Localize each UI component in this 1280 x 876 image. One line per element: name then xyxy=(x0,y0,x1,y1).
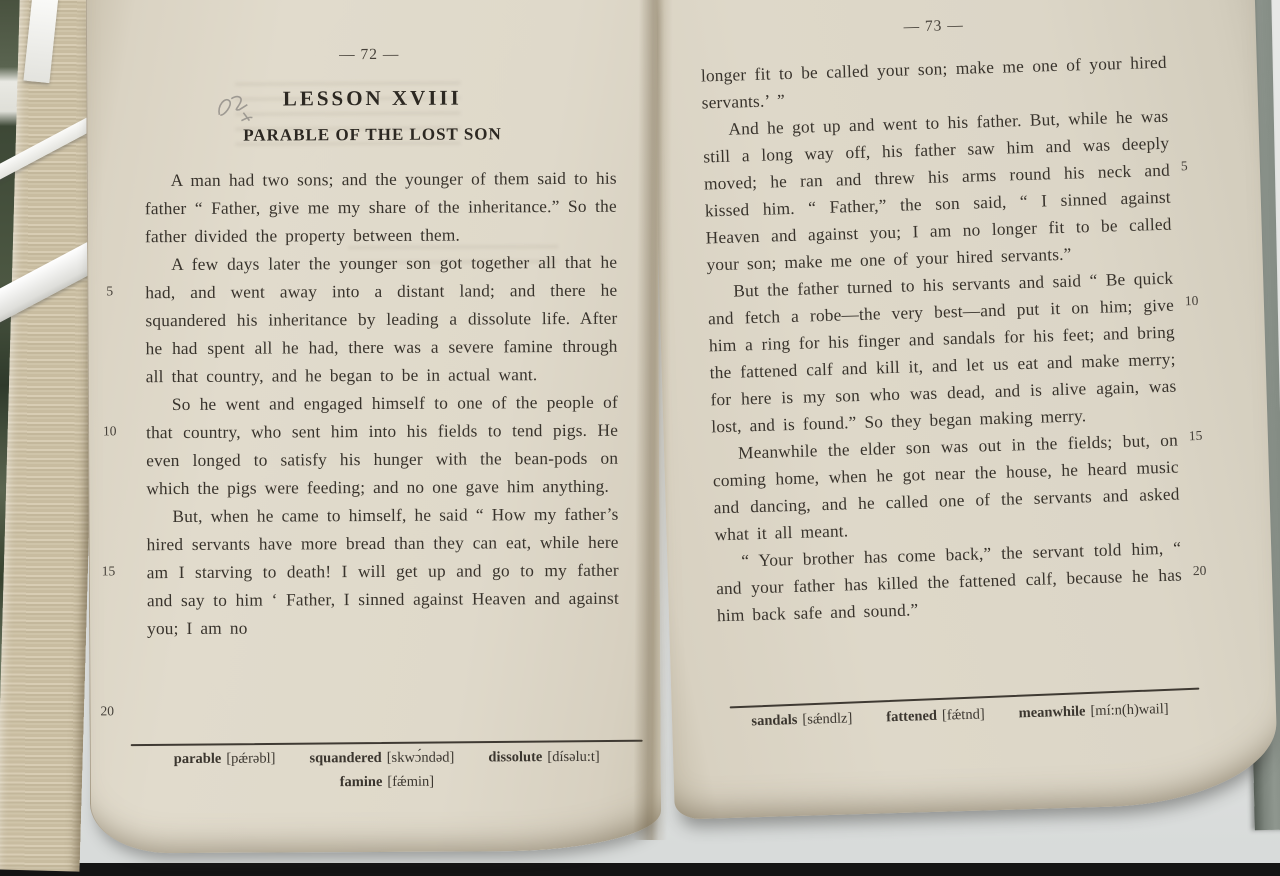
lesson-title: PARABLE OF THE LOST SON xyxy=(132,124,612,147)
glossary-pronunciation: [sǽndlz] xyxy=(802,710,852,727)
glossary-entry: fattened[fǽtnd] xyxy=(886,706,985,726)
paragraph: “ Your brother has come back,” the serva… xyxy=(715,534,1183,629)
margin-line-number: 20 xyxy=(1193,563,1207,579)
page-gutter xyxy=(633,0,673,840)
glossary-pronunciation: [fǽtnd] xyxy=(942,706,985,723)
margin-line-number: 5 xyxy=(1181,158,1188,174)
paragraph: So he went and engaged himself to one of… xyxy=(146,389,619,503)
glossary-word: dissolute xyxy=(488,749,542,765)
page-number: — 72 — xyxy=(339,46,399,64)
glossary-word: parable xyxy=(174,751,222,767)
glossary-pronunciation: [fǽmin] xyxy=(387,774,434,790)
glossary-pronunciation: [pǽrəbl] xyxy=(226,751,275,767)
book-photo: — 73 — longer fit to be called your son;… xyxy=(0,0,1280,876)
margin-line-number: 20 xyxy=(100,703,114,719)
glossary-word: sandals xyxy=(751,712,797,729)
glossary-word: famine xyxy=(340,774,383,790)
body-text: A man had two sons; and the younger of t… xyxy=(145,165,619,643)
paragraph: But, when he came to himself, he said “ … xyxy=(146,501,619,643)
margin-line-number: 15 xyxy=(1189,428,1203,444)
margin-line-number: 5 xyxy=(106,283,113,299)
body-text: longer fit to be called your son; make m… xyxy=(701,49,1184,630)
glossary-word: meanwhile xyxy=(1018,703,1085,721)
margin-line-number: 15 xyxy=(102,563,116,579)
left-page: — 72 — LESSON XVIII PARABLE OF THE LOST … xyxy=(86,0,661,853)
margin-line-number: 10 xyxy=(1185,293,1199,309)
glossary-word: squandered xyxy=(309,750,381,766)
glossary: parable[pǽrəbl] squandered[skwɔ́ndəd] di… xyxy=(131,749,643,769)
glossary-entry: squandered[skwɔ́ndəd] xyxy=(309,750,454,768)
right-page: — 73 — longer fit to be called your son;… xyxy=(650,0,1279,820)
glossary-entry: dissolute[dísəlu:t] xyxy=(488,749,599,767)
lesson-heading: LESSON XVIII xyxy=(132,85,612,113)
table-surface xyxy=(0,863,1280,876)
glossary-rule xyxy=(131,740,643,746)
page-number: — 73 — xyxy=(903,17,964,37)
glossary-entry: parable[pǽrəbl] xyxy=(174,751,276,769)
glossary-entry: famine[fǽmin] xyxy=(340,774,434,791)
margin-line-number: 10 xyxy=(103,423,117,439)
paragraph: A man had two sons; and the younger of t… xyxy=(145,165,617,251)
glossary-pronunciation: [mí:n(h)wail] xyxy=(1090,701,1169,719)
glossary-pronunciation: [skwɔ́ndəd] xyxy=(387,750,455,766)
paragraph: But the father turned to his servants an… xyxy=(707,265,1178,441)
glossary: famine[fǽmin] xyxy=(131,773,643,793)
glossary-entry: meanwhile[mí:n(h)wail] xyxy=(1018,701,1168,722)
glossary-entry: sandals[sǽndlz] xyxy=(751,710,852,730)
paragraph: Meanwhile the elder son was out in the f… xyxy=(712,427,1181,549)
glossary-word: fattened xyxy=(886,708,937,725)
paragraph: A few days later the younger son got tog… xyxy=(145,249,618,391)
glossary-pronunciation: [dísəlu:t] xyxy=(547,749,599,765)
paragraph: And he got up and went to his father. Bu… xyxy=(702,103,1173,279)
